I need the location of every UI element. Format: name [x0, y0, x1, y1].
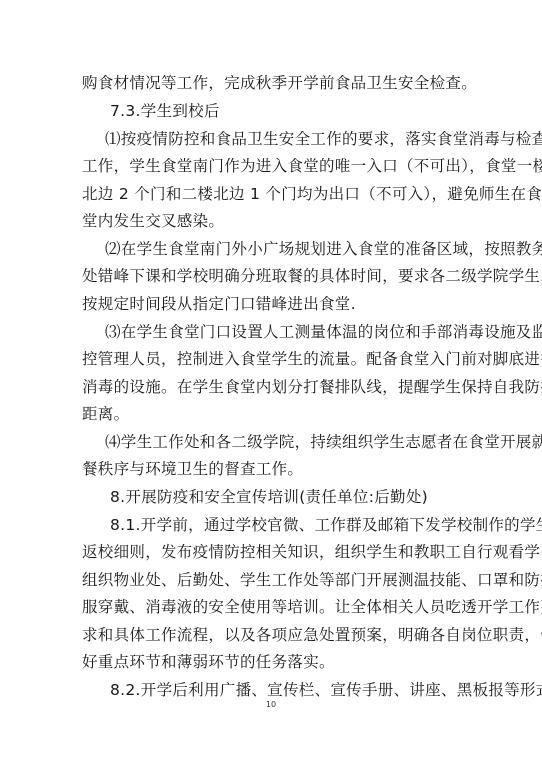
- text-line: 购食材情况等工作，完成秋季开学前食品卫生安全检查。: [82, 72, 462, 94]
- document-page: 购食材情况等工作，完成秋季开学前食品卫生安全检查。 7.3.学生到校后 ⑴按疫情…: [0, 0, 542, 768]
- text-line: ⑵在学生食堂南门外小广场规划进入食堂的准备区域，按照教务: [105, 238, 485, 260]
- text-line: 北边 2 个门和二楼北边 1 个门均为出口（不可入），避免师生在食: [82, 183, 462, 205]
- text-line: 消毒的设施。在学生食堂内划分打餐排队线，提醒学生保持自我防护: [82, 376, 462, 398]
- page-number: 10: [0, 700, 542, 709]
- section-heading-8: 8.开展防疫和安全宣传培训(责任单位:后勤处): [110, 486, 490, 508]
- text-line: 处错峰下课和学校明确分班取餐的具体时间，要求各二级学院学生，: [82, 265, 462, 287]
- text-line: 堂内发生交叉感染。: [82, 210, 462, 232]
- text-line: ⑷学生工作处和各二级学院，持续组织学生志愿者在食堂开展就: [105, 431, 485, 453]
- text-line: 控管理人员，控制进入食堂学生的流量。配备食堂入门前对脚底进行: [82, 348, 462, 370]
- text-line: ⑴按疫情防控和食品卫生安全工作的要求，落实食堂消毒与检查: [105, 128, 485, 150]
- text-line: 餐秩序与环境卫生的督查工作。: [82, 458, 462, 480]
- text-line: 服穿戴、消毒液的安全使用等培训。让全体相关人员吃透开学工作要: [82, 596, 462, 618]
- text-line: 工作，学生食堂南门作为进入食堂的唯一入口（不可出），食堂一楼: [82, 155, 462, 177]
- text-line: 组织物业处、后勤处、学生工作处等部门开展测温技能、口罩和防护: [82, 569, 462, 591]
- text-line: 求和具体工作流程，以及各项应急处置预案，明确各自岗位职责，做: [82, 624, 462, 646]
- text-line: 返校细则，发布疫情防控相关知识，组织学生和教职工自行观看学习。: [82, 541, 462, 563]
- text-line: 8.2.开学后利用广播、宣传栏、宣传手册、讲座、黑板报等形式，: [110, 679, 490, 701]
- section-heading-7-3: 7.3.学生到校后: [110, 100, 490, 122]
- text-line: 按规定时间段从指定门口错峰进出食堂.: [82, 293, 462, 315]
- text-line: 8.1.开学前，通过学校官微、工作群及邮箱下发学校制作的学生: [110, 514, 490, 536]
- text-line: 好重点环节和薄弱环节的任务落实。: [82, 651, 462, 673]
- text-line: 距离。: [82, 403, 462, 425]
- text-line: ⑶在学生食堂门口设置人工测量体温的岗位和手部消毒设施及监: [105, 321, 485, 343]
